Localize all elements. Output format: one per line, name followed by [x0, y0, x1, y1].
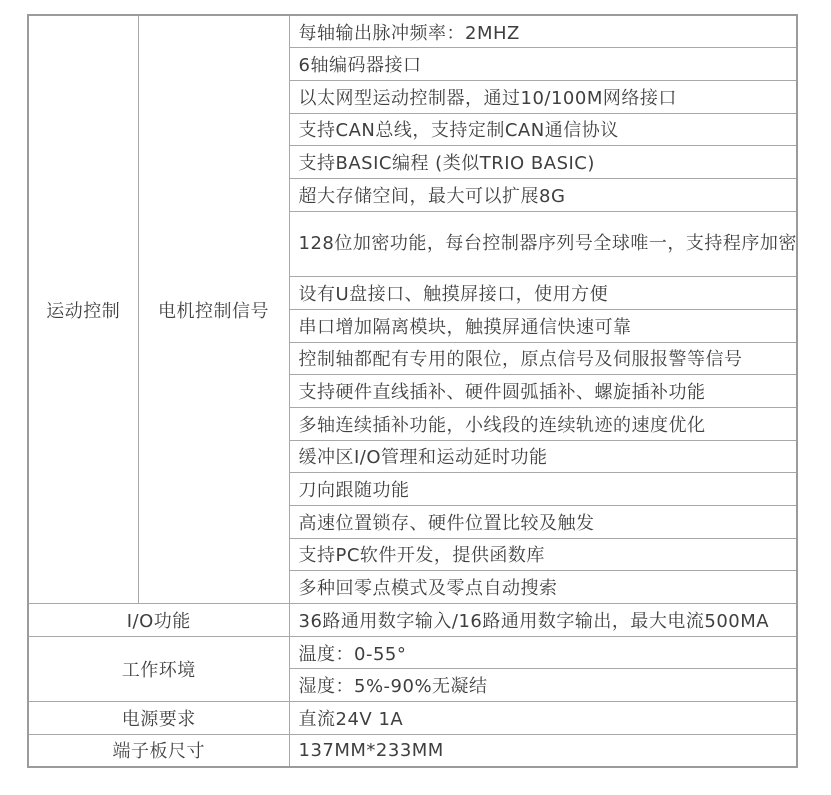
- spec-cell: 支持CAN总线，支持定制CAN通信协议: [289, 113, 797, 146]
- value-cell-io: 36路通用数字输入/16路通用数字输出，最大电流500MA: [289, 604, 797, 637]
- spec-cell: 每轴输出脉冲频率：2MHZ: [289, 15, 797, 48]
- spec-cell: 多种回零点模式及零点自动搜索: [289, 571, 797, 604]
- table-row: 端子板尺寸 137MM*233MM: [28, 734, 797, 767]
- value-cell-power: 直流24V 1A: [289, 702, 797, 735]
- spec-cell: 刀向跟随功能: [289, 473, 797, 506]
- spec-cell: 支持硬件直线插补、硬件圆弧插补、螺旋插补功能: [289, 375, 797, 408]
- spec-cell: 设有U盘接口、触摸屏接口，使用方便: [289, 277, 797, 310]
- value-cell-temperature: 温度：0-55°: [289, 636, 797, 669]
- spec-cell: 128位加密功能，每台控制器序列号全球唯一，支持程序加密下载，安全放心: [289, 211, 797, 277]
- table-row: 工作环境 温度：0-55°: [28, 636, 797, 669]
- label-cell-environment: 工作环境: [28, 636, 289, 701]
- spec-cell: 缓冲区I/O管理和运动延时功能: [289, 440, 797, 473]
- value-cell-humidity: 湿度：5%-90%无凝结: [289, 669, 797, 702]
- spec-cell: 以太网型运动控制器，通过10/100M网络接口: [289, 80, 797, 113]
- spec-cell: 控制轴都配有专用的限位，原点信号及伺服报警等信号: [289, 342, 797, 375]
- label-cell-terminal-board: 端子板尺寸: [28, 734, 289, 767]
- label-cell-power: 电源要求: [28, 702, 289, 735]
- spec-cell: 支持PC软件开发，提供函数库: [289, 538, 797, 571]
- spec-table: 运动控制 电机控制信号 每轴输出脉冲频率：2MHZ 6轴编码器接口 以太网型运动…: [27, 14, 798, 768]
- category-cell-motion-control: 运动控制: [28, 15, 138, 604]
- spec-cell: 超大存储空间，最大可以扩展8G: [289, 178, 797, 211]
- spec-cell: 多轴连续插补功能，小线段的连续轨迹的速度优化: [289, 407, 797, 440]
- value-cell-terminal-board: 137MM*233MM: [289, 734, 797, 767]
- table-row: 电源要求 直流24V 1A: [28, 702, 797, 735]
- label-cell-io: I/O功能: [28, 604, 289, 637]
- subcategory-cell-motor-signal: 电机控制信号: [138, 15, 289, 604]
- spec-cell: 6轴编码器接口: [289, 48, 797, 81]
- table-row: 运动控制 电机控制信号 每轴输出脉冲频率：2MHZ: [28, 15, 797, 48]
- spec-cell: 串口增加隔离模块，触摸屏通信快速可靠: [289, 309, 797, 342]
- spec-cell: 支持BASIC编程 (类似TRIO BASIC): [289, 146, 797, 179]
- page: 运动控制 电机控制信号 每轴输出脉冲频率：2MHZ 6轴编码器接口 以太网型运动…: [0, 0, 831, 795]
- table-row: I/O功能 36路通用数字输入/16路通用数字输出，最大电流500MA: [28, 604, 797, 637]
- spec-cell: 高速位置锁存、硬件位置比较及触发: [289, 505, 797, 538]
